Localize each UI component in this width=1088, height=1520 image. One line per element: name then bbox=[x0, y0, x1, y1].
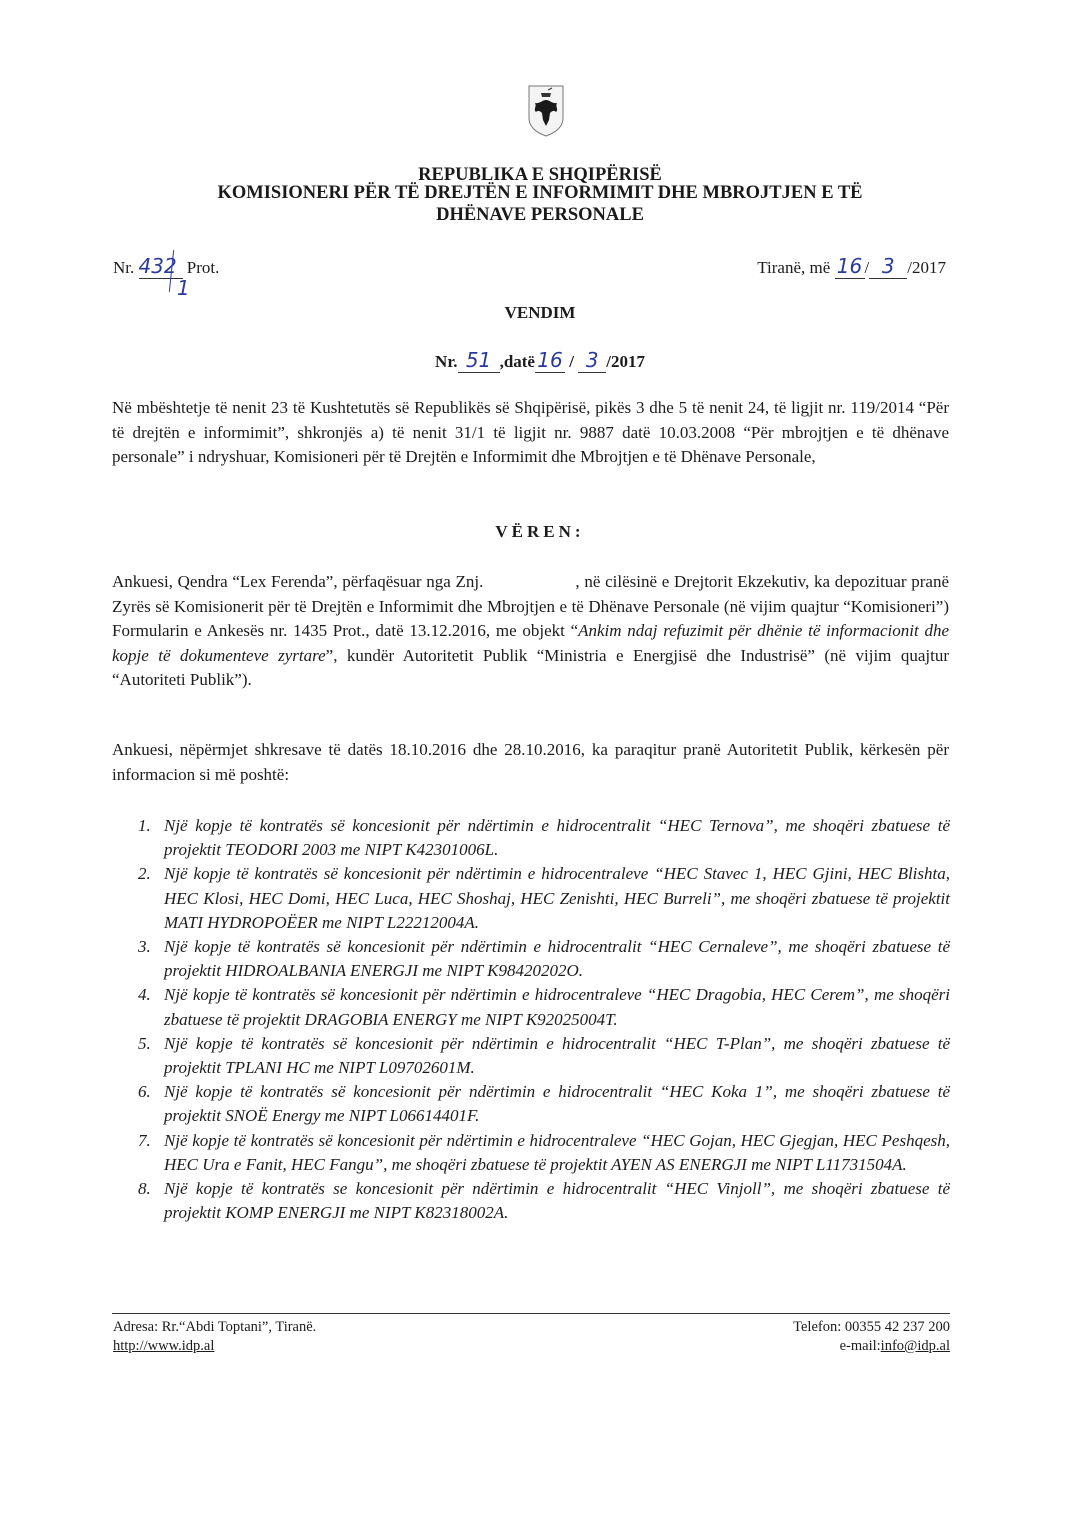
place-date: Tiranë, më 16/3/2017 bbox=[757, 254, 946, 279]
decision-nr-value: 51 bbox=[466, 348, 491, 372]
footer-email-link[interactable]: info@idp.al bbox=[881, 1338, 950, 1354]
place-label: Tiranë, më bbox=[757, 258, 830, 277]
list-text: Një kopje të kontratës së koncesionit pë… bbox=[164, 937, 950, 980]
list-number: 6. bbox=[138, 1080, 151, 1104]
list-item: 2.Një kopje të kontratës së koncesionit … bbox=[138, 862, 950, 935]
list-item: 6.Një kopje të kontratës së koncesionit … bbox=[138, 1080, 950, 1128]
footer-contact-block: Telefon: 00355 42 237 200 e-mail:info@id… bbox=[793, 1318, 950, 1356]
list-number: 7. bbox=[138, 1129, 151, 1153]
list-item: 5.Një kopje të kontratës së koncesionit … bbox=[138, 1032, 950, 1080]
complaint-paragraph: Ankuesi, Qendra “Lex Ferenda”, përfaqësu… bbox=[112, 570, 949, 693]
list-number: 1. bbox=[138, 814, 151, 838]
footer-email-label: e-mail: bbox=[840, 1338, 881, 1354]
list-text: Një kopje të kontratës së koncesionit pë… bbox=[164, 1131, 950, 1174]
date-day: 16 bbox=[837, 254, 862, 278]
albanian-coat-of-arms-icon bbox=[526, 84, 566, 138]
list-text: Një kopje të kontratës së koncesionit pë… bbox=[164, 816, 950, 859]
date-month: 3 bbox=[882, 254, 895, 278]
list-number: 3. bbox=[138, 935, 151, 959]
list-number: 5. bbox=[138, 1032, 151, 1056]
decision-date-year: /2017 bbox=[606, 352, 645, 371]
list-text: Një kopje të kontratës se koncesionit pë… bbox=[164, 1179, 950, 1222]
decision-date-month: 3 bbox=[586, 348, 599, 372]
list-text: Një kopje të kontratës së koncesionit pë… bbox=[164, 1034, 950, 1077]
decision-number-date: Nr.51,datë16 / 3/2017 bbox=[100, 348, 980, 373]
request-list: 1.Një kopje të kontratës së koncesionit … bbox=[138, 814, 950, 1225]
footer-address: Adresa: Rr.“Abdi Toptani”, Tiranë. bbox=[113, 1318, 316, 1337]
date-separator: / bbox=[569, 352, 574, 371]
list-number: 2. bbox=[138, 862, 151, 886]
list-item: 4.Një kopje të kontratës së koncesionit … bbox=[138, 983, 950, 1031]
decision-nr-label: Nr. bbox=[435, 352, 458, 371]
section-heading: VËREN: bbox=[100, 522, 980, 542]
date-year: /2017 bbox=[907, 258, 946, 277]
footer-website-link[interactable]: http://www.idp.al bbox=[113, 1338, 214, 1354]
footer-phone: Telefon: 00355 42 237 200 bbox=[793, 1318, 950, 1337]
decision-title: VENDIM bbox=[100, 303, 980, 323]
list-text: Një kopje të kontratës së koncesionit pë… bbox=[164, 1082, 950, 1125]
decision-date-day: 16 bbox=[537, 348, 562, 372]
list-item: 8.Një kopje të kontratës se koncesionit … bbox=[138, 1177, 950, 1225]
list-item: 1.Një kopje të kontratës së koncesionit … bbox=[138, 814, 950, 862]
footer-divider bbox=[112, 1313, 950, 1314]
footer-address-block: Adresa: Rr.“Abdi Toptani”, Tiranë. http:… bbox=[113, 1318, 316, 1356]
list-item: 7.Një kopje të kontratës së koncesionit … bbox=[138, 1129, 950, 1177]
list-number: 8. bbox=[138, 1177, 151, 1201]
header-commissioner-line2: DHËNAVE PERSONALE bbox=[100, 205, 980, 226]
protocol-sub-number: 1 bbox=[177, 276, 190, 300]
intro-paragraph: Në mbështetje të nenit 23 të Kushtetutës… bbox=[112, 396, 949, 470]
header-commissioner-line1: KOMISIONERI PËR TË DREJTËN E INFORMIMIT … bbox=[100, 183, 980, 204]
list-text: Një kopje të kontratës së koncesionit pë… bbox=[164, 985, 950, 1028]
list-number: 4. bbox=[138, 983, 151, 1007]
protocol-nr-label: Nr. bbox=[113, 258, 134, 277]
request-paragraph: Ankuesi, nëpërmjet shkresave të datës 18… bbox=[112, 738, 949, 787]
decision-date-label: ,datë bbox=[500, 352, 535, 371]
list-text: Një kopje të kontratës së koncesionit pë… bbox=[164, 864, 950, 931]
list-item: 3.Një kopje të kontratës së koncesionit … bbox=[138, 935, 950, 983]
protocol-prot-label: Prot. bbox=[187, 258, 220, 277]
complaint-text-1: Ankuesi, Qendra “Lex Ferenda”, përfaqësu… bbox=[112, 572, 483, 591]
protocol-number: Nr. 432 Prot. bbox=[113, 254, 219, 279]
document-page: REPUBLIKA E SHQIPËRISË KOMISIONERI PËR T… bbox=[0, 0, 1088, 1520]
